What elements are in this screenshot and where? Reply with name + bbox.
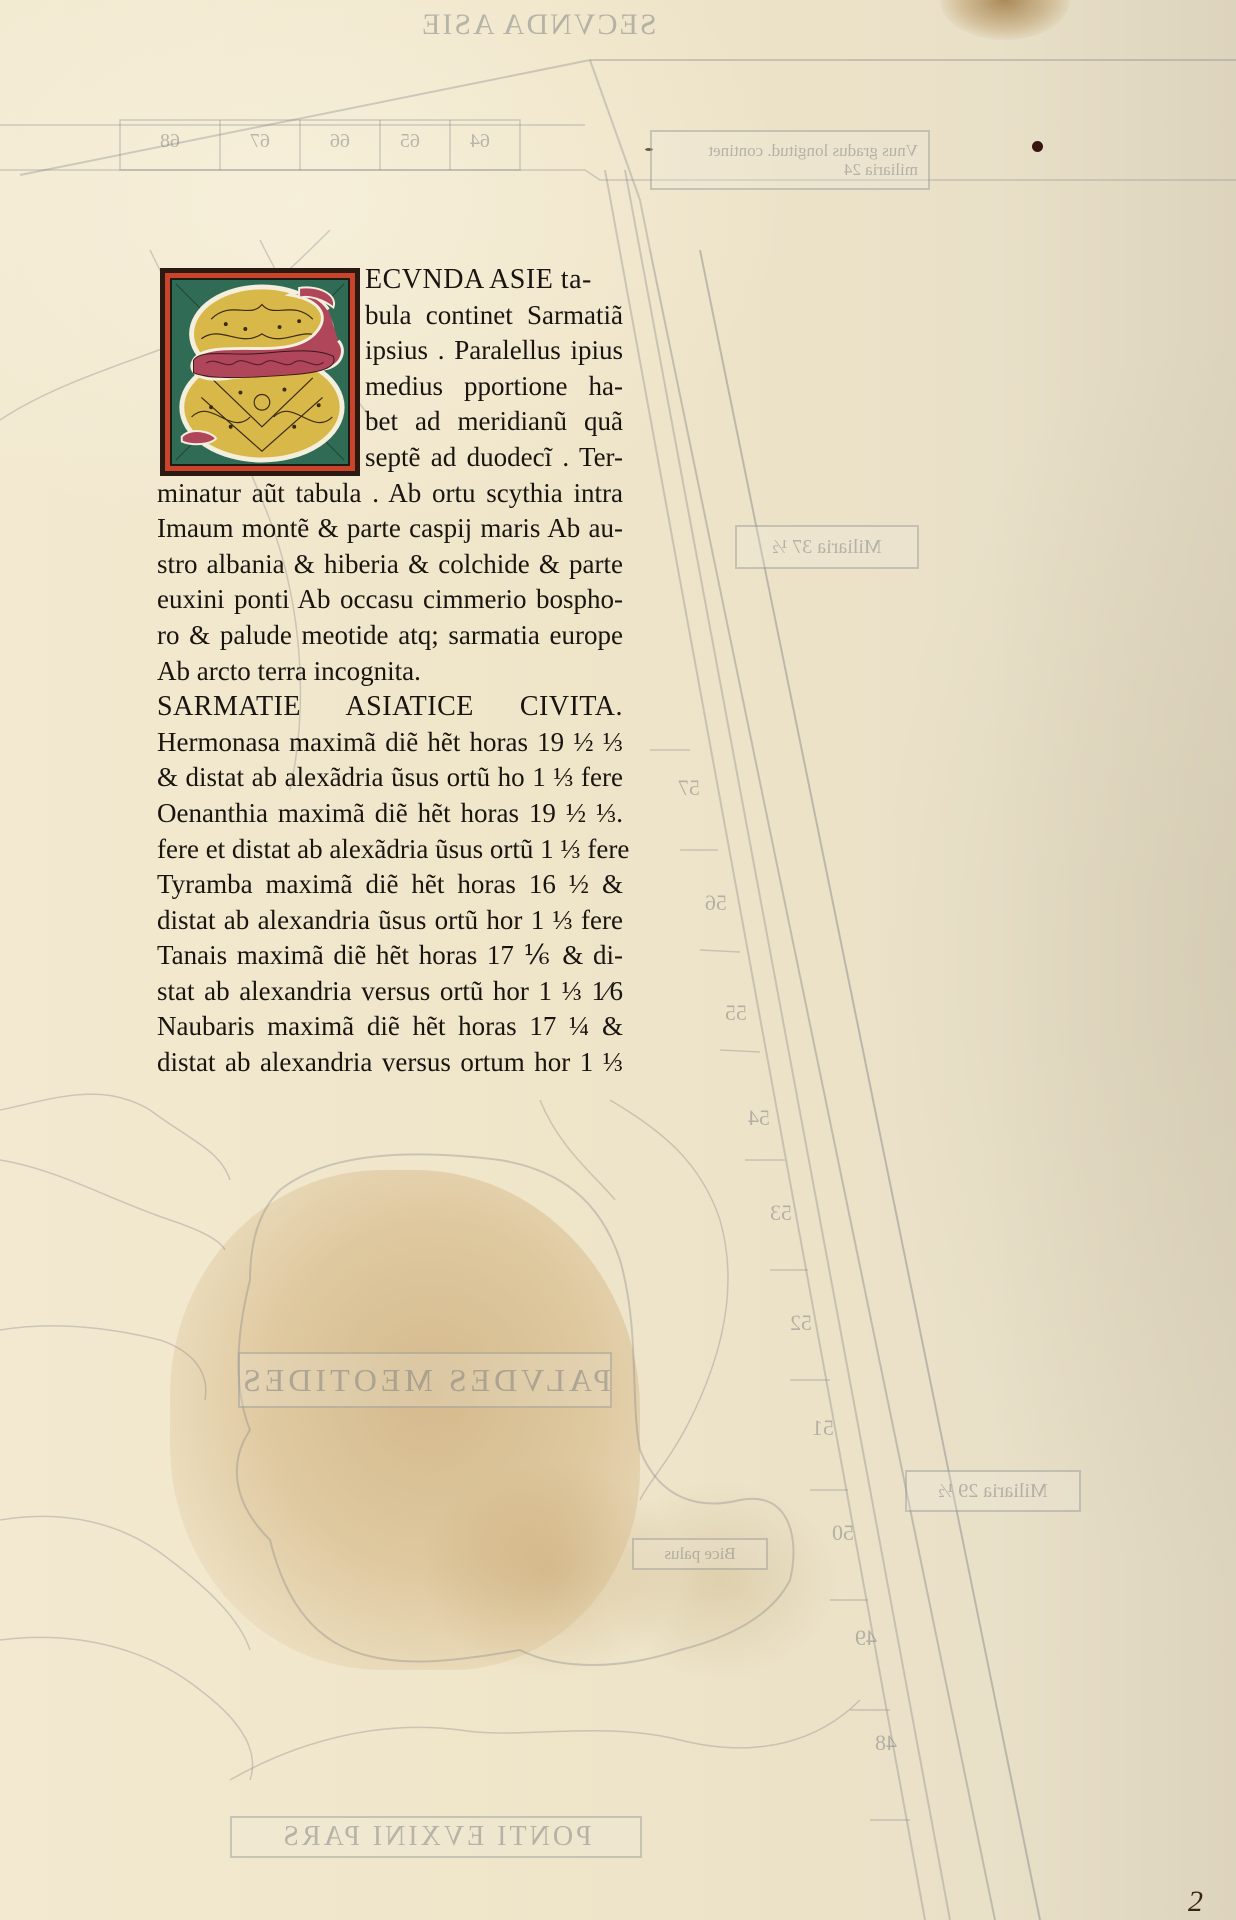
body-text-column: ECVNDA ASIE ta- bula continet Sarmatiã i… xyxy=(157,262,623,1081)
scale-number: 51 xyxy=(812,1415,834,1441)
bleed-ponti-text: PONTI EVXINI PARS xyxy=(280,1821,591,1853)
text-line: fere et distat ab alexãdria ũsus ortũ 1 … xyxy=(157,832,623,868)
text-line: minatur aũt tabula . Ab ortu scythia int… xyxy=(157,476,623,512)
bleed-ponti-label: PONTI EVXINI PARS xyxy=(230,1816,642,1858)
city-entry-tyramba: Tyramba maximã diẽ hẽt horas 16 ½ & xyxy=(157,867,623,903)
water-stain-large xyxy=(170,1170,640,1670)
text-line: Ab arcto terra incognita. xyxy=(157,654,623,690)
bleed-scale-note-label: Vnus gradus longitud. continet miliaria … xyxy=(650,130,930,190)
city-entry-tanais: Tanais maximã diẽ hẽt horas 17 ⅙ & di- xyxy=(157,938,623,974)
text-line: ipsius . Paralellus ipius xyxy=(157,333,623,369)
city-entry-oenanthia: Oenanthia maximã diẽ hẽt horas 19 ½ ⅓. xyxy=(157,796,623,832)
water-stain-top xyxy=(940,0,1070,40)
bleed-miliaria-upper-text: Miliaria 37 ½ xyxy=(772,536,881,559)
scale-number: 48 xyxy=(875,1730,897,1756)
scale-number: 55 xyxy=(725,1000,747,1026)
bleed-miliaria-label-lower: Miliaria 29 ½ xyxy=(905,1470,1081,1512)
bleed-palvdes-text: PALVDES MEOTIDES xyxy=(239,1362,611,1399)
text-line-incipit: ECVNDA ASIE ta- xyxy=(157,262,623,298)
scale-number: 49 xyxy=(855,1625,877,1651)
bleed-bice-label: Bice palus xyxy=(632,1538,768,1570)
text-line: bula continet Sarmatiã xyxy=(157,298,623,334)
text-line: medius pportione ha- xyxy=(157,369,623,405)
text-line: septẽ ad duodecĩ . Ter- xyxy=(157,440,623,476)
text-line: distat ab alexandria versus ortum hor 1 … xyxy=(157,1045,623,1081)
bleed-header-label: SECVNDA ASIE xyxy=(420,8,657,42)
scale-number: 54 xyxy=(748,1105,770,1131)
text-line: stat ab alexandria versus ortũ hor 1 ⅓ 1… xyxy=(157,974,623,1010)
text-line: euxini ponti Ab occasu cimmerio bospho- xyxy=(157,582,623,618)
section-heading: SARMATIE ASIATICE CIVITA. xyxy=(157,689,623,725)
ink-spot xyxy=(1032,141,1043,152)
bleed-miliaria-lower-text: Miliaria 29 ½ xyxy=(938,1480,1047,1503)
bleed-scale-note-text: Vnus gradus longitud. continet miliaria … xyxy=(662,141,918,179)
bleed-miliaria-label-upper: Miliaria 37 ½ xyxy=(735,525,919,569)
top-scale-number: 65 xyxy=(400,130,420,153)
water-stain-secondary xyxy=(420,1460,680,1680)
text-line: ro & palude meotide atq; sarmatia europe xyxy=(157,618,623,654)
text-line: stro albania & hiberia & colchide & part… xyxy=(157,547,623,583)
bleed-palvdes-label: PALVDES MEOTIDES xyxy=(238,1352,612,1408)
city-entry-hermonasa: Hermonasa maximã diẽ hẽt horas 19 ½ ⅓ xyxy=(157,725,623,761)
scale-number: 53 xyxy=(770,1200,792,1226)
text-line: & distat ab alexãdria ũsus ortũ ho 1 ⅓ f… xyxy=(157,760,623,796)
top-scale-number: 64 xyxy=(470,130,490,153)
text-line: Imaum montẽ & parte caspij maris Ab au- xyxy=(157,511,623,547)
top-scale-number: 67 xyxy=(250,130,270,153)
folio-mark: 2 xyxy=(1188,1885,1203,1919)
parchment-page: SECVNDA ASIE Vnus gradus longitud. conti… xyxy=(0,0,1236,1920)
top-scale-number: 66 xyxy=(330,130,350,153)
scale-number: 57 xyxy=(678,775,700,801)
scale-number: 52 xyxy=(790,1310,812,1336)
city-entry-naubaris: Naubaris maximã diẽ hẽt horas 17 ¼ & xyxy=(157,1009,623,1045)
scale-number: 56 xyxy=(705,890,727,916)
scale-number: 50 xyxy=(832,1520,854,1546)
text-line: bet ad meridianũ quã xyxy=(157,404,623,440)
water-stain-lower-right xyxy=(600,1480,840,1680)
top-scale-number: 68 xyxy=(160,130,180,153)
text-line: distat ab alexandria ũsus ortũ hor 1 ⅓ f… xyxy=(157,903,623,939)
bleed-bice-text: Bice palus xyxy=(664,1544,735,1564)
